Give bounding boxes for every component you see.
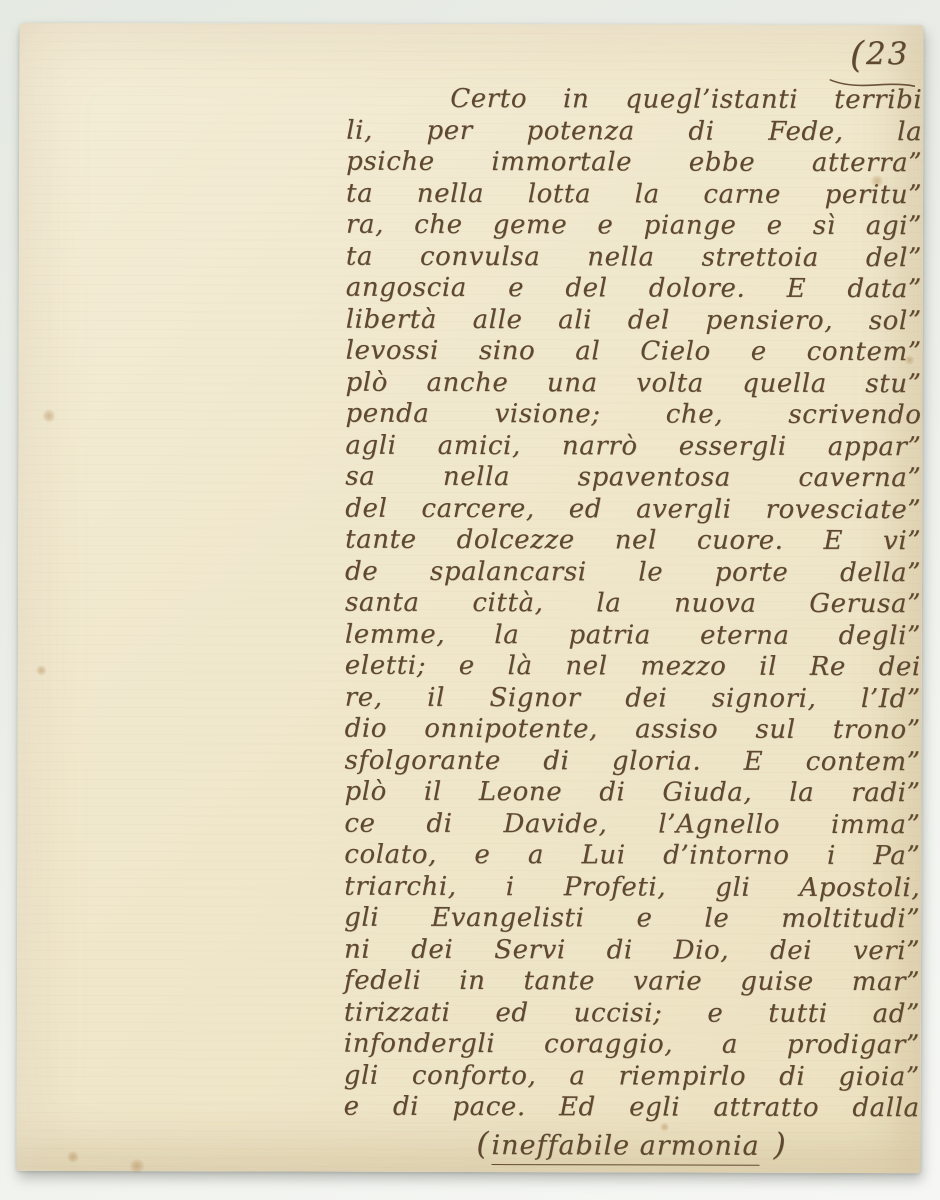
manuscript-line-5: ra, che geme e piange e sì agi” xyxy=(346,210,922,243)
manuscript-line-22: sfolgorante di gloria. E contem” xyxy=(345,745,921,778)
foxing-spot xyxy=(42,409,55,423)
manuscript-line-32: gli conforto, a riempirlo di gioia” xyxy=(344,1060,920,1093)
manuscript-lines: Certo in quegl’istanti terribili, per po… xyxy=(344,84,923,1125)
manuscript-line-4: ta nella lotta la carne peritu” xyxy=(346,178,922,211)
manuscript-line-6: ta convulsa nella strettoia del” xyxy=(346,241,922,274)
manuscript-line-2: li, per potenza di Fede, la xyxy=(346,115,922,148)
manuscript-line-24: ce di Davide, l’Agnello imma” xyxy=(344,808,920,841)
manuscript-line-1: Certo in quegl’istanti terribi xyxy=(346,84,922,117)
manuscript-line-9: levossi sino al Cielo e contem” xyxy=(346,336,922,369)
foxing-spot xyxy=(67,1151,80,1163)
foxing-spot xyxy=(128,1159,145,1173)
manuscript-line-8: libertà alle ali del pensiero, sol” xyxy=(346,304,922,337)
manuscript-line-3: psiche immortale ebbe atterra” xyxy=(346,147,922,180)
manuscript-line-7: angoscia e del dolore. E data” xyxy=(346,273,922,306)
manuscript-line-13: sa nella spaventosa caverna” xyxy=(345,462,921,495)
scanned-manuscript: (23 Certo in quegl’istanti terribili, pe… xyxy=(0,0,940,1200)
manuscript-line-30: tirizzati ed uccisi; e tutti ad” xyxy=(344,997,920,1030)
manuscript-line-14: del carcere, ed avergli rovesciate” xyxy=(345,493,921,526)
manuscript-line-19: eletti; e là nel mezzo il Re dei xyxy=(345,651,921,684)
manuscript-line-17: santa città, la nuova Gerusa” xyxy=(345,588,921,621)
manuscript-line-23: plò il Leone di Giuda, la radi” xyxy=(344,777,920,810)
manuscript-line-16: de spalancarsi le porte della” xyxy=(345,556,921,589)
page-number-value: 23 xyxy=(866,36,910,72)
manuscript-line-20: re, il Signor dei signori, l’Id” xyxy=(345,682,921,715)
manuscript-line-27: gli Evangelisti e le moltitudi” xyxy=(344,903,920,936)
catchword-close-paren: ) xyxy=(774,1127,787,1163)
manuscript-line-25: colato, e a Lui d’intorno i Pa” xyxy=(344,840,920,873)
manuscript-page: (23 Certo in quegl’istanti terribili, pe… xyxy=(16,23,923,1173)
manuscript-line-12: agli amici, narrò essergli appar” xyxy=(345,430,921,463)
manuscript-line-15: tante dolcezze nel cuore. E vi” xyxy=(345,525,921,558)
catchword-text: ineffabile armonia xyxy=(491,1130,759,1166)
manuscript-line-18: lemme, la patria eterna degli” xyxy=(345,619,921,652)
manuscript-line-11: penda visione; che, scrivendo xyxy=(345,399,921,432)
catchword-open-paren: ( xyxy=(476,1126,489,1162)
manuscript-line-31: infondergli coraggio, a prodigar” xyxy=(344,1029,920,1062)
manuscript-line-21: dio onnipotente, assiso sul trono” xyxy=(345,714,921,747)
manuscript-line-29: fedeli in tante varie guise mar” xyxy=(344,966,920,999)
manuscript-line-26: triarchi, i Profeti, gli Apostoli, xyxy=(344,871,920,904)
manuscript-line-10: plò anche una volta quella stu” xyxy=(346,367,922,400)
catchword-line: (ineffabile armonia) xyxy=(344,1126,920,1166)
foxing-spot xyxy=(36,665,47,676)
page-number-paren: ( xyxy=(850,35,866,76)
page-number: (23 xyxy=(850,35,910,76)
manuscript-line-28: ni dei Servi di Dio, dei veri” xyxy=(344,934,920,967)
manuscript-line-33: e di pace. Ed egli attratto dalla xyxy=(344,1092,920,1125)
